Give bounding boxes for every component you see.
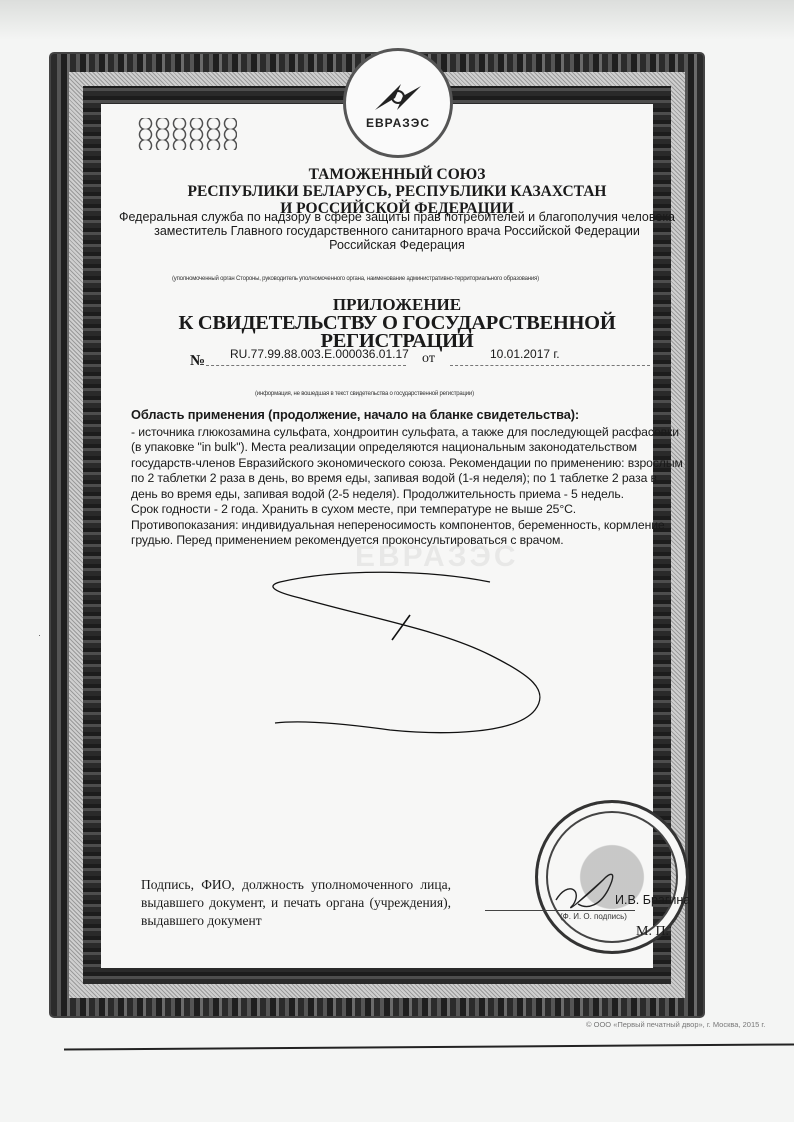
signature-line (485, 910, 635, 911)
union-line-2: РЕСПУБЛИКИ БЕЛАРУСЬ, РЕСПУБЛИКИ КАЗАХСТА… (101, 183, 693, 200)
scan-artifact: · (38, 630, 41, 640)
eurasec-logo-icon (371, 80, 425, 114)
shelf-life-paragraph: Срок годности - 2 года. Хранить в сухом … (131, 502, 686, 518)
issuing-authority: Федеральная служба по надзору в сфере за… (101, 210, 693, 252)
authority-caption: (уполномоченный орган Стороны, руководит… (172, 276, 642, 282)
number-underline (206, 365, 406, 366)
scope-section: Область применения (продолжение, начало … (131, 407, 686, 549)
scan-shadow (0, 0, 794, 40)
stamp-place-label: М. П. (636, 924, 669, 940)
date-prefix: от (422, 351, 435, 367)
emblem-label: ЕВРАЗЭС (366, 116, 430, 130)
scope-heading: Область применения (продолжение, начало … (131, 407, 686, 423)
registration-line: № RU.77.99.88.003.E.000036.01.17 от 10.0… (190, 347, 670, 369)
certificate-heading: К СВИДЕТЕЛЬСТВУ О ГОСУДАРСТВЕННОЙ РЕГИСТ… (101, 314, 693, 350)
registration-number: RU.77.99.88.003.E.000036.01.17 (230, 347, 409, 361)
contraindications-paragraph: Противопоказания: индивидуальная неперен… (131, 518, 686, 549)
service-line-3: Российская Федерация (101, 238, 693, 252)
bottom-rule (64, 1043, 794, 1050)
handwritten-signature (548, 860, 628, 920)
service-line-1: Федеральная служба по надзору в сфере за… (101, 210, 693, 224)
date-underline (450, 365, 650, 366)
z-strike-mark (250, 560, 570, 760)
document-title: ПРИЛОЖЕНИЕ К СВИДЕТЕЛЬСТВУ О ГОСУДАРСТВЕ… (101, 296, 693, 350)
union-line-1: ТАМОЖЕННЫЙ СОЮЗ (101, 166, 693, 183)
number-sign: № (190, 353, 205, 370)
registration-date: 10.01.2017 г. (490, 347, 560, 361)
scope-paragraph: - источника глюкозамина сульфата, хондро… (131, 425, 686, 503)
registration-caption: (информация, не вошедшая в текст свидете… (255, 391, 555, 397)
signer-name: И.В. Брагина (615, 893, 690, 907)
eurasec-emblem: ЕВРАЗЭС (351, 56, 445, 150)
security-mesh-pattern (137, 118, 237, 150)
signature-caption: Подпись, ФИО, должность уполномоченного … (141, 876, 451, 930)
fio-caption: (Ф. И. О. подпись) (560, 912, 627, 921)
printer-imprint: © ООО «Первый печатный двор», г. Москва,… (586, 1020, 765, 1029)
service-line-2: заместитель Главного государственного са… (101, 224, 693, 238)
